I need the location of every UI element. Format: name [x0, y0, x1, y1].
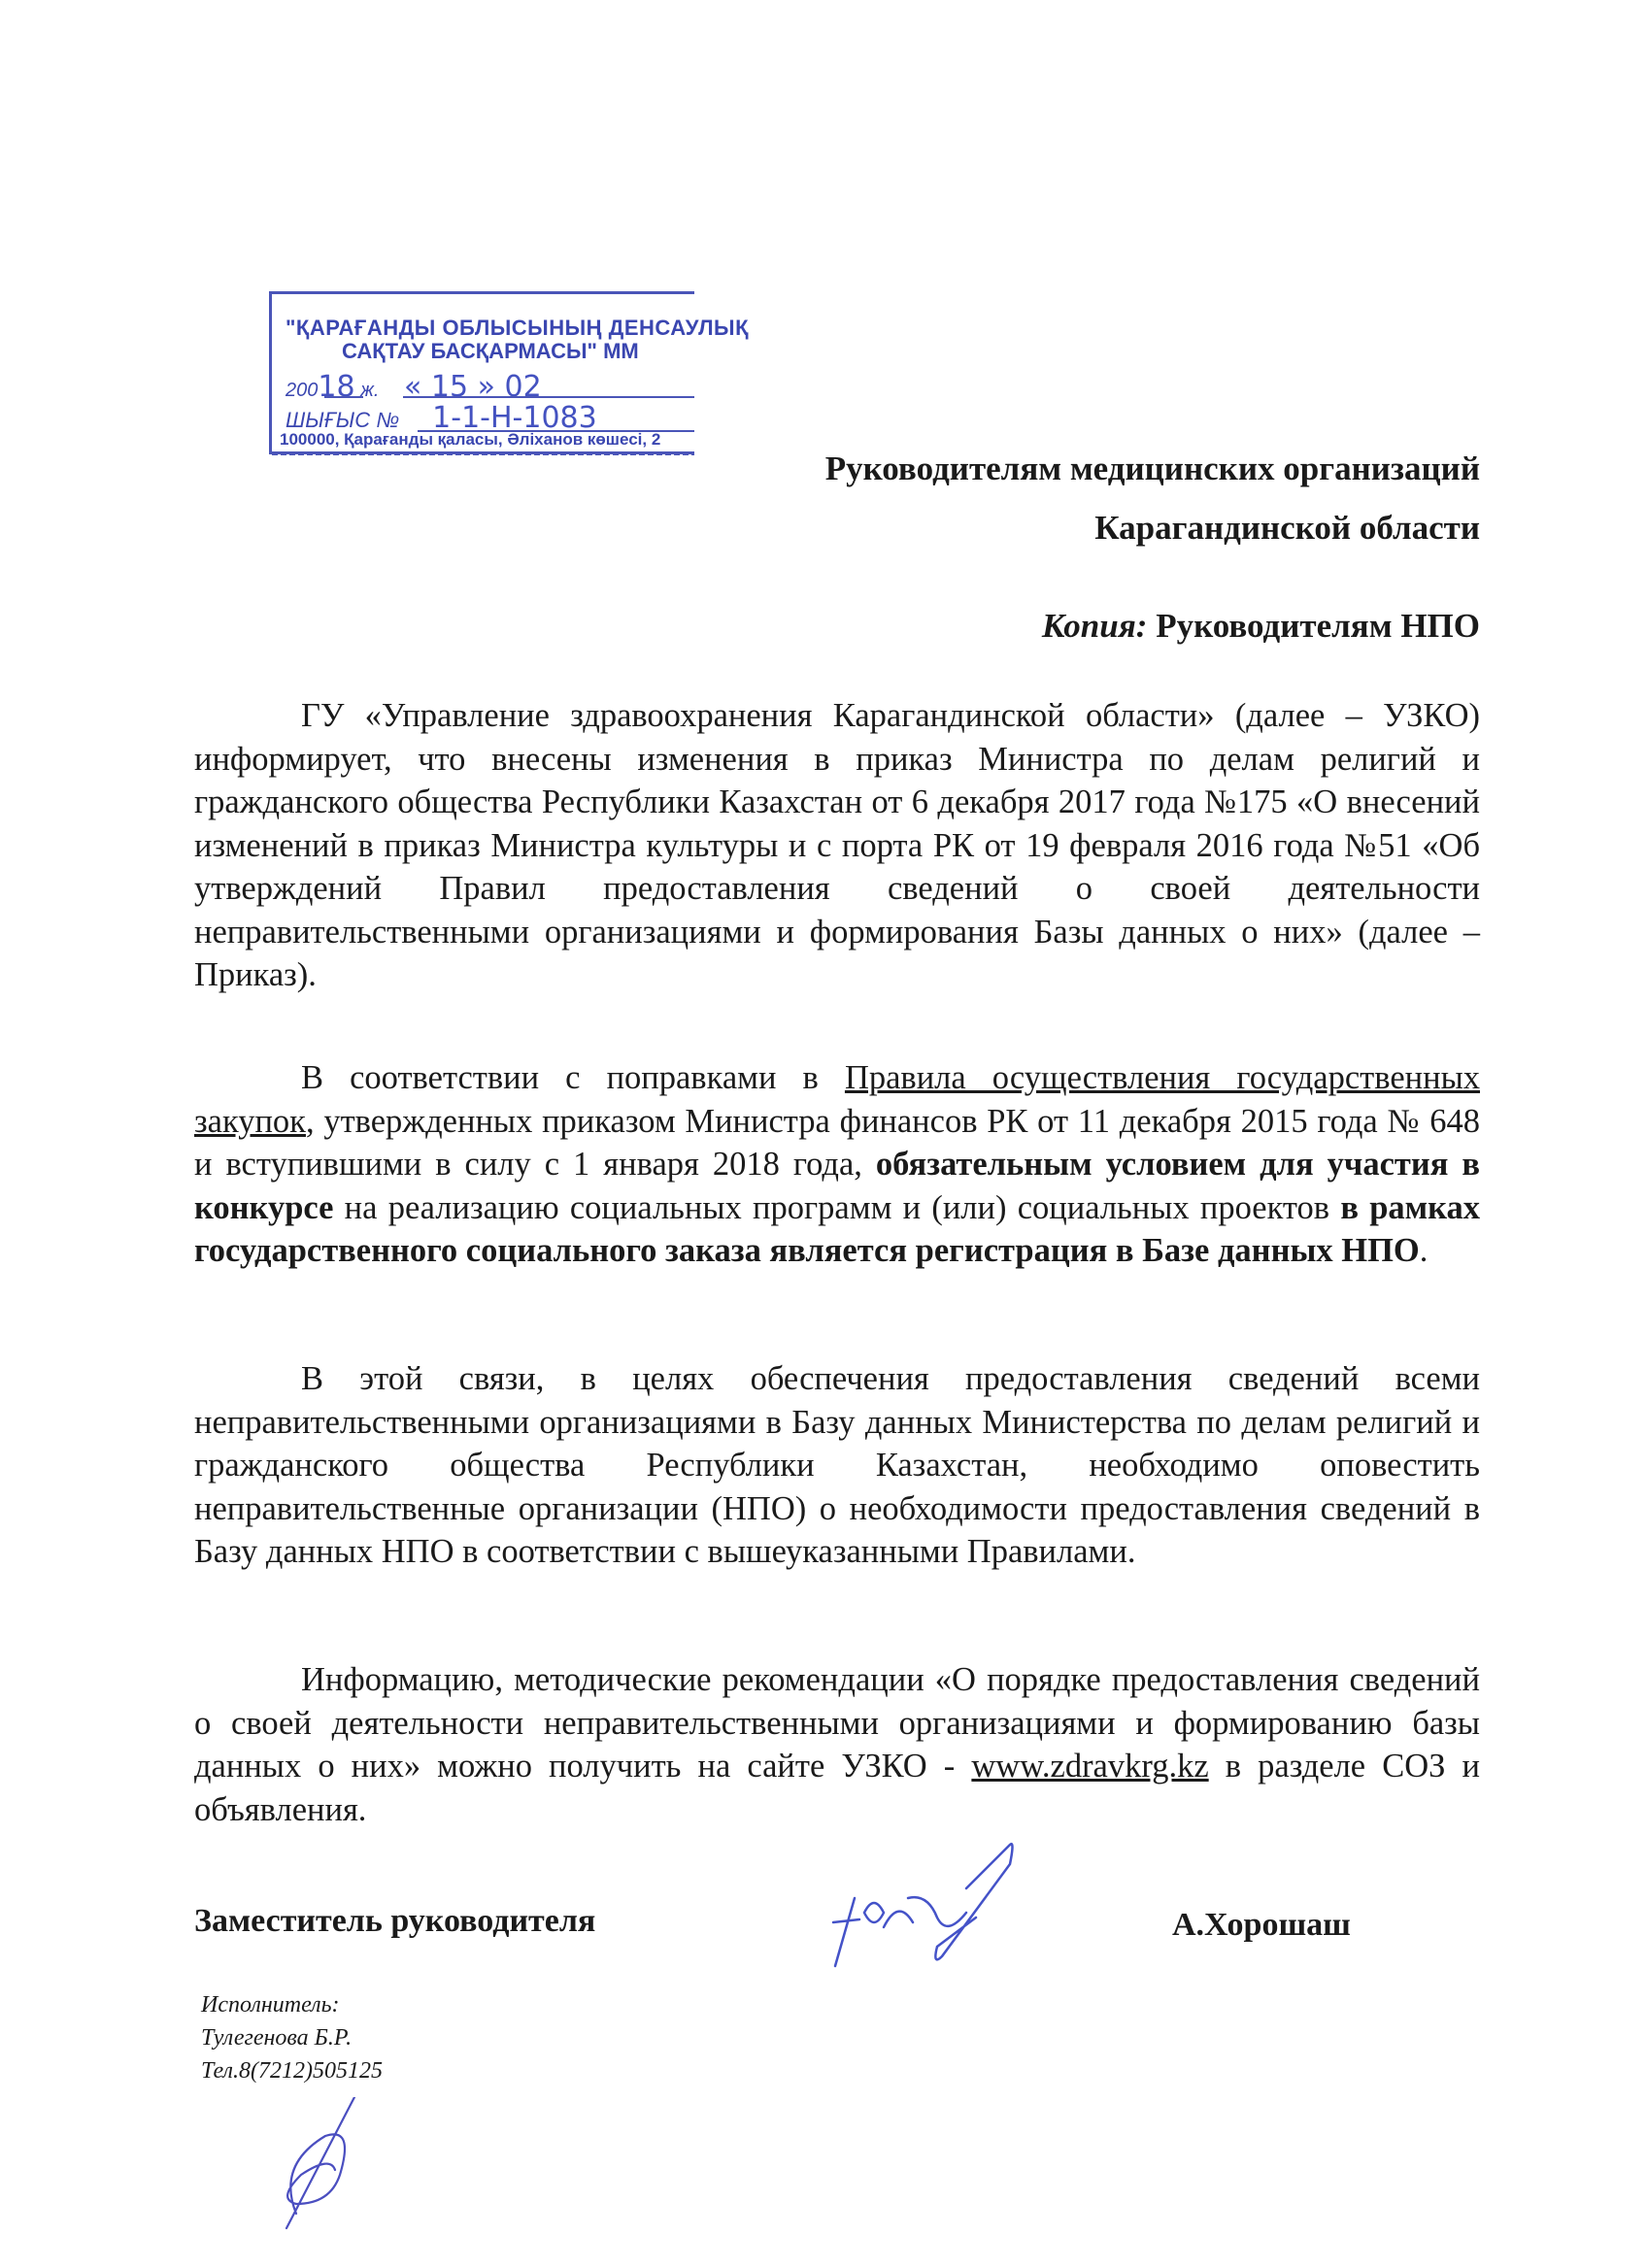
paragraph-4: Информацию, методические рекомендации «О… [194, 1658, 1480, 1831]
stamp-date-line: 20018 ж. « 15 » 02 [286, 370, 542, 404]
stamp-date-handwritten: « 15 » 02 [404, 370, 542, 404]
executor-label: Исполнитель: [201, 1988, 383, 2021]
paragraph-2: В соответствии с поправками в Правила ос… [194, 1056, 1480, 1273]
p2-mid2: на реализацию социальных программ и (или… [333, 1189, 1340, 1226]
executor-name: Тулегенова Б.Р. [201, 2021, 383, 2054]
paragraph-1-text: ГУ «Управление здравоохранения Караганди… [194, 694, 1480, 997]
stamp-year-suffix: ж. [360, 380, 379, 401]
signatory-title: Заместитель руководителя [194, 1903, 595, 1940]
executor-block: Исполнитель: Тулегенова Б.Р. Тел.8(7212)… [201, 1988, 383, 2087]
handwritten-signature-icon [816, 1840, 1068, 1976]
p2-end: . [1420, 1232, 1429, 1269]
paragraph-3: В этой связи, в целях обеспечения предос… [194, 1357, 1480, 1574]
addressee-line2: Карагандинской области [1094, 509, 1480, 548]
stamp-address: 100000, Қарағанды қаласы, Әліханов көшес… [280, 430, 660, 450]
stamp-outgoing-label: ШЫҒЫС № [286, 408, 399, 432]
stamp-year-prefix: 200 [286, 380, 318, 401]
stamp-org-line1: "ҚАРАҒАНДЫ ОБЛЫСЫНЫҢ ДЕНСАУЛЫҚ [286, 316, 749, 341]
paragraph-3-text: В этой связи, в целях обеспечения предос… [194, 1357, 1480, 1574]
copy-value: Руководителям НПО [1156, 607, 1480, 645]
stamp-rule [403, 396, 694, 398]
executor-initials-signature-icon [243, 2097, 379, 2233]
website-link[interactable]: www.zdravkrg.kz [971, 1748, 1208, 1784]
stamp-bottom-border [272, 451, 694, 455]
paragraph-1: ГУ «Управление здравоохранения Караганди… [194, 694, 1480, 997]
stamp-org-line2: САҚТАУ БАСҚАРМАСЫ" ММ [342, 339, 639, 364]
stamp-year-handwritten: 18 [318, 370, 354, 404]
executor-phone: Тел.8(7212)505125 [201, 2054, 383, 2087]
copy-label: Копия: [1042, 607, 1148, 645]
signatory-name: А.Хорошаш [1172, 1907, 1351, 1944]
addressee-line1: Руководителям медицинских организаций [825, 450, 1480, 488]
copy-to: Копия: Руководителям НПО [1042, 607, 1480, 646]
stamp-rule [324, 396, 363, 398]
p2-start: В соответствии с поправками в [301, 1059, 845, 1096]
registration-stamp: "ҚАРАҒАНДЫ ОБЛЫСЫНЫҢ ДЕНСАУЛЫҚ САҚТАУ БА… [269, 291, 694, 454]
